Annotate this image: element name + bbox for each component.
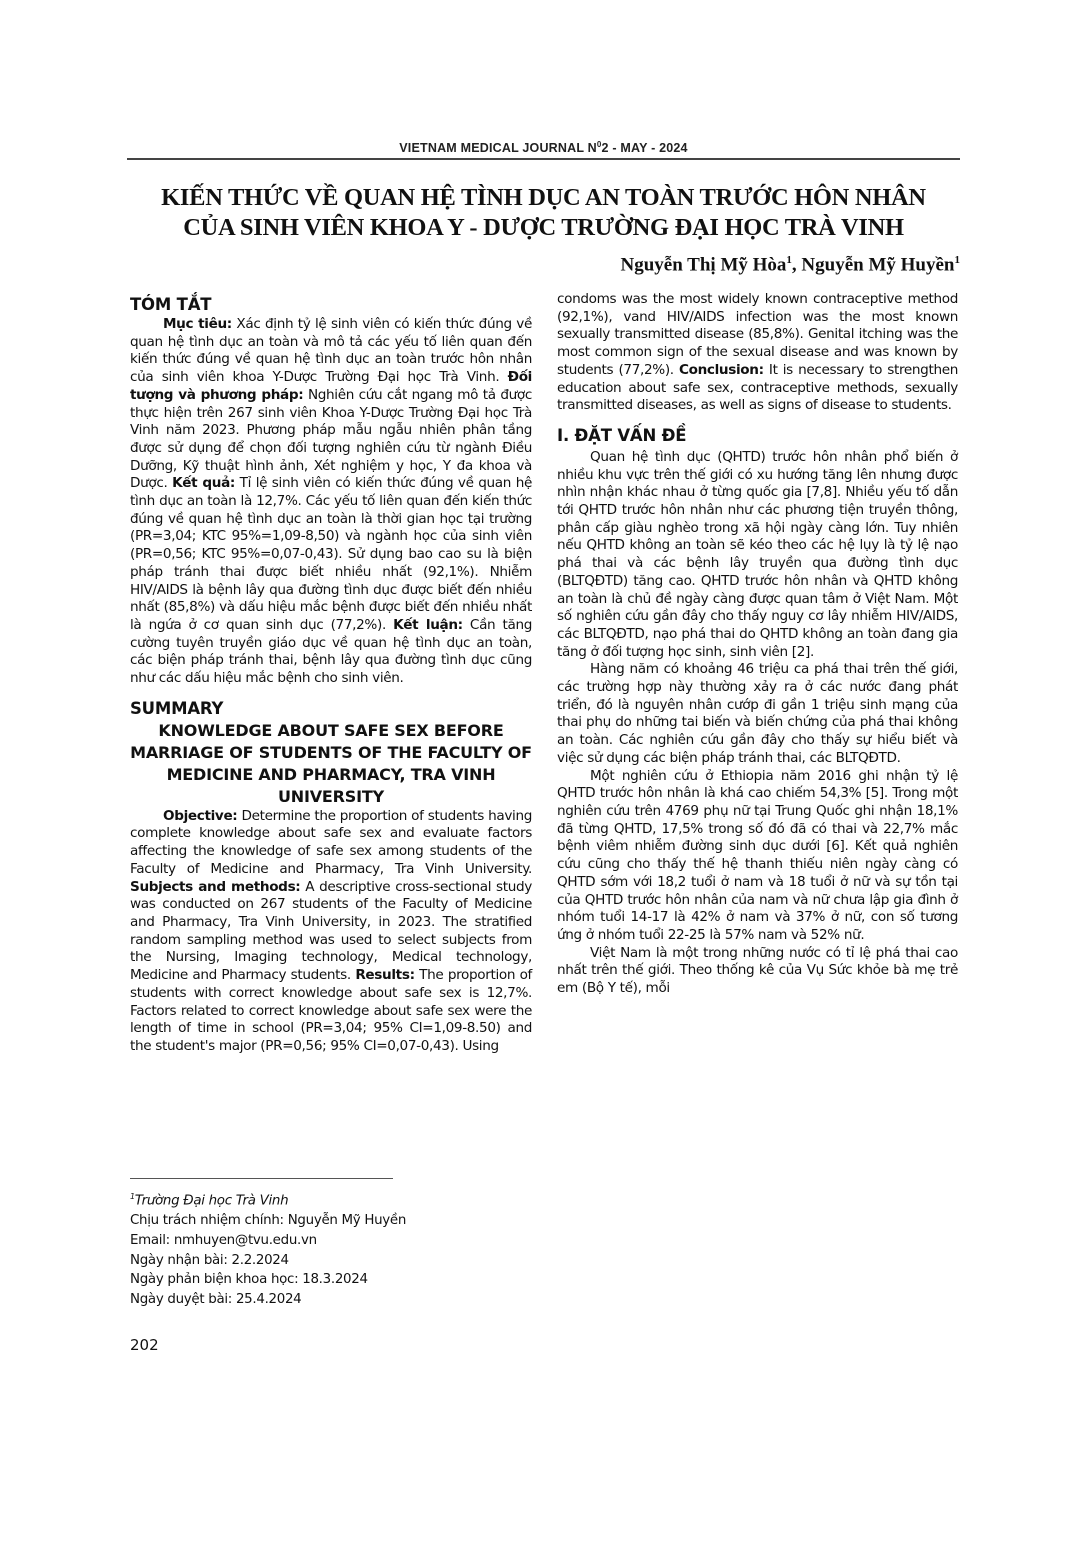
- date-reviewed: Ngày phản biện khoa học: 18.3.2024: [130, 1270, 532, 1290]
- english-title: KNOWLEDGE ABOUT SAFE SEX BEFORE MARRIAGE…: [130, 720, 532, 808]
- intro-paragraph: Hàng năm có khoảng 46 triệu ca phá thai …: [557, 661, 958, 767]
- affiliation-footnote: 1Trường Đại học Trà Vinh: [130, 1187, 532, 1211]
- abstract-vi-body: Mục tiêu: Xác định tỷ lệ sinh viên có ki…: [130, 316, 532, 688]
- journal-issue: 2 - MAY - 2024: [602, 141, 688, 155]
- date-received: Ngày nhận bài: 2.2.2024: [130, 1251, 532, 1271]
- objective-label-en: Objective:: [163, 808, 237, 824]
- results-text: Tỉ lệ sinh viên có kiến thức đúng về qua…: [130, 475, 532, 633]
- abstract-en-continued: condoms was the most widely known contra…: [557, 291, 958, 415]
- author-separator: ,: [792, 254, 802, 275]
- title-line-2: CỦA SINH VIÊN KHOA Y - DƯỢC TRƯỜNG ĐẠI H…: [127, 213, 960, 243]
- intro-paragraph: Việt Nam là một trong những nước có tỉ l…: [557, 945, 958, 998]
- abstract-vi-heading: TÓM TẮT: [130, 294, 532, 316]
- corresponding-author: Chịu trách nhiệm chính: Nguyễn Mỹ Huyền: [130, 1211, 532, 1231]
- conclusion-label-en: Conclusion:: [679, 362, 764, 378]
- page-number: 202: [130, 1336, 159, 1354]
- article-title: KIẾN THỨC VỀ QUAN HỆ TÌNH DỤC AN TOÀN TR…: [127, 183, 960, 243]
- right-column: condoms was the most widely known contra…: [557, 291, 958, 998]
- journal-running-header: VIETNAM MEDICAL JOURNAL N02 - MAY - 2024: [127, 140, 960, 155]
- author-email: Email: nmhuyen@tvu.edu.vn: [130, 1231, 532, 1251]
- header-divider: [127, 158, 960, 160]
- abstract-en-body: Objective: Determine the proportion of s…: [130, 808, 532, 1056]
- results-label: Kết quả:: [172, 475, 235, 491]
- intro-paragraph: Một nghiên cứu ở Ethiopia năm 2016 ghi n…: [557, 768, 958, 945]
- footnote-divider: [130, 1178, 393, 1179]
- results-label-en: Results:: [355, 967, 414, 983]
- affiliation-text: Trường Đại học Trà Vinh: [135, 1193, 289, 1208]
- methods-label-en: Subjects and methods:: [130, 879, 300, 895]
- title-line-1: KIẾN THỨC VỀ QUAN HỆ TÌNH DỤC AN TOÀN TR…: [127, 183, 960, 213]
- author-name: Nguyễn Thị Mỹ Hòa: [620, 254, 786, 275]
- conclusion-label: Kết luận:: [393, 617, 463, 633]
- author-affiliation-sup: 1: [955, 254, 961, 266]
- left-column: TÓM TẮT Mục tiêu: Xác định tỷ lệ sinh vi…: [130, 292, 532, 1056]
- journal-name: VIETNAM MEDICAL JOURNAL N: [399, 141, 597, 155]
- footnotes: 1Trường Đại học Trà Vinh Chịu trách nhiệ…: [130, 1187, 532, 1310]
- journal-page: VIETNAM MEDICAL JOURNAL N02 - MAY - 2024…: [0, 0, 1090, 1541]
- objective-label: Mục tiêu:: [163, 316, 232, 332]
- author-list: Nguyễn Thị Mỹ Hòa1, Nguyễn Mỹ Huyền1: [620, 254, 960, 276]
- intro-paragraph: Quan hệ tình dục (QHTD) trước hôn nhân p…: [557, 449, 958, 661]
- summary-heading: SUMMARY: [130, 698, 532, 720]
- introduction-heading: I. ĐẶT VẤN ĐỀ: [557, 425, 958, 447]
- date-accepted: Ngày duyệt bài: 25.4.2024: [130, 1290, 532, 1310]
- author-name: Nguyễn Mỹ Huyền: [801, 254, 954, 275]
